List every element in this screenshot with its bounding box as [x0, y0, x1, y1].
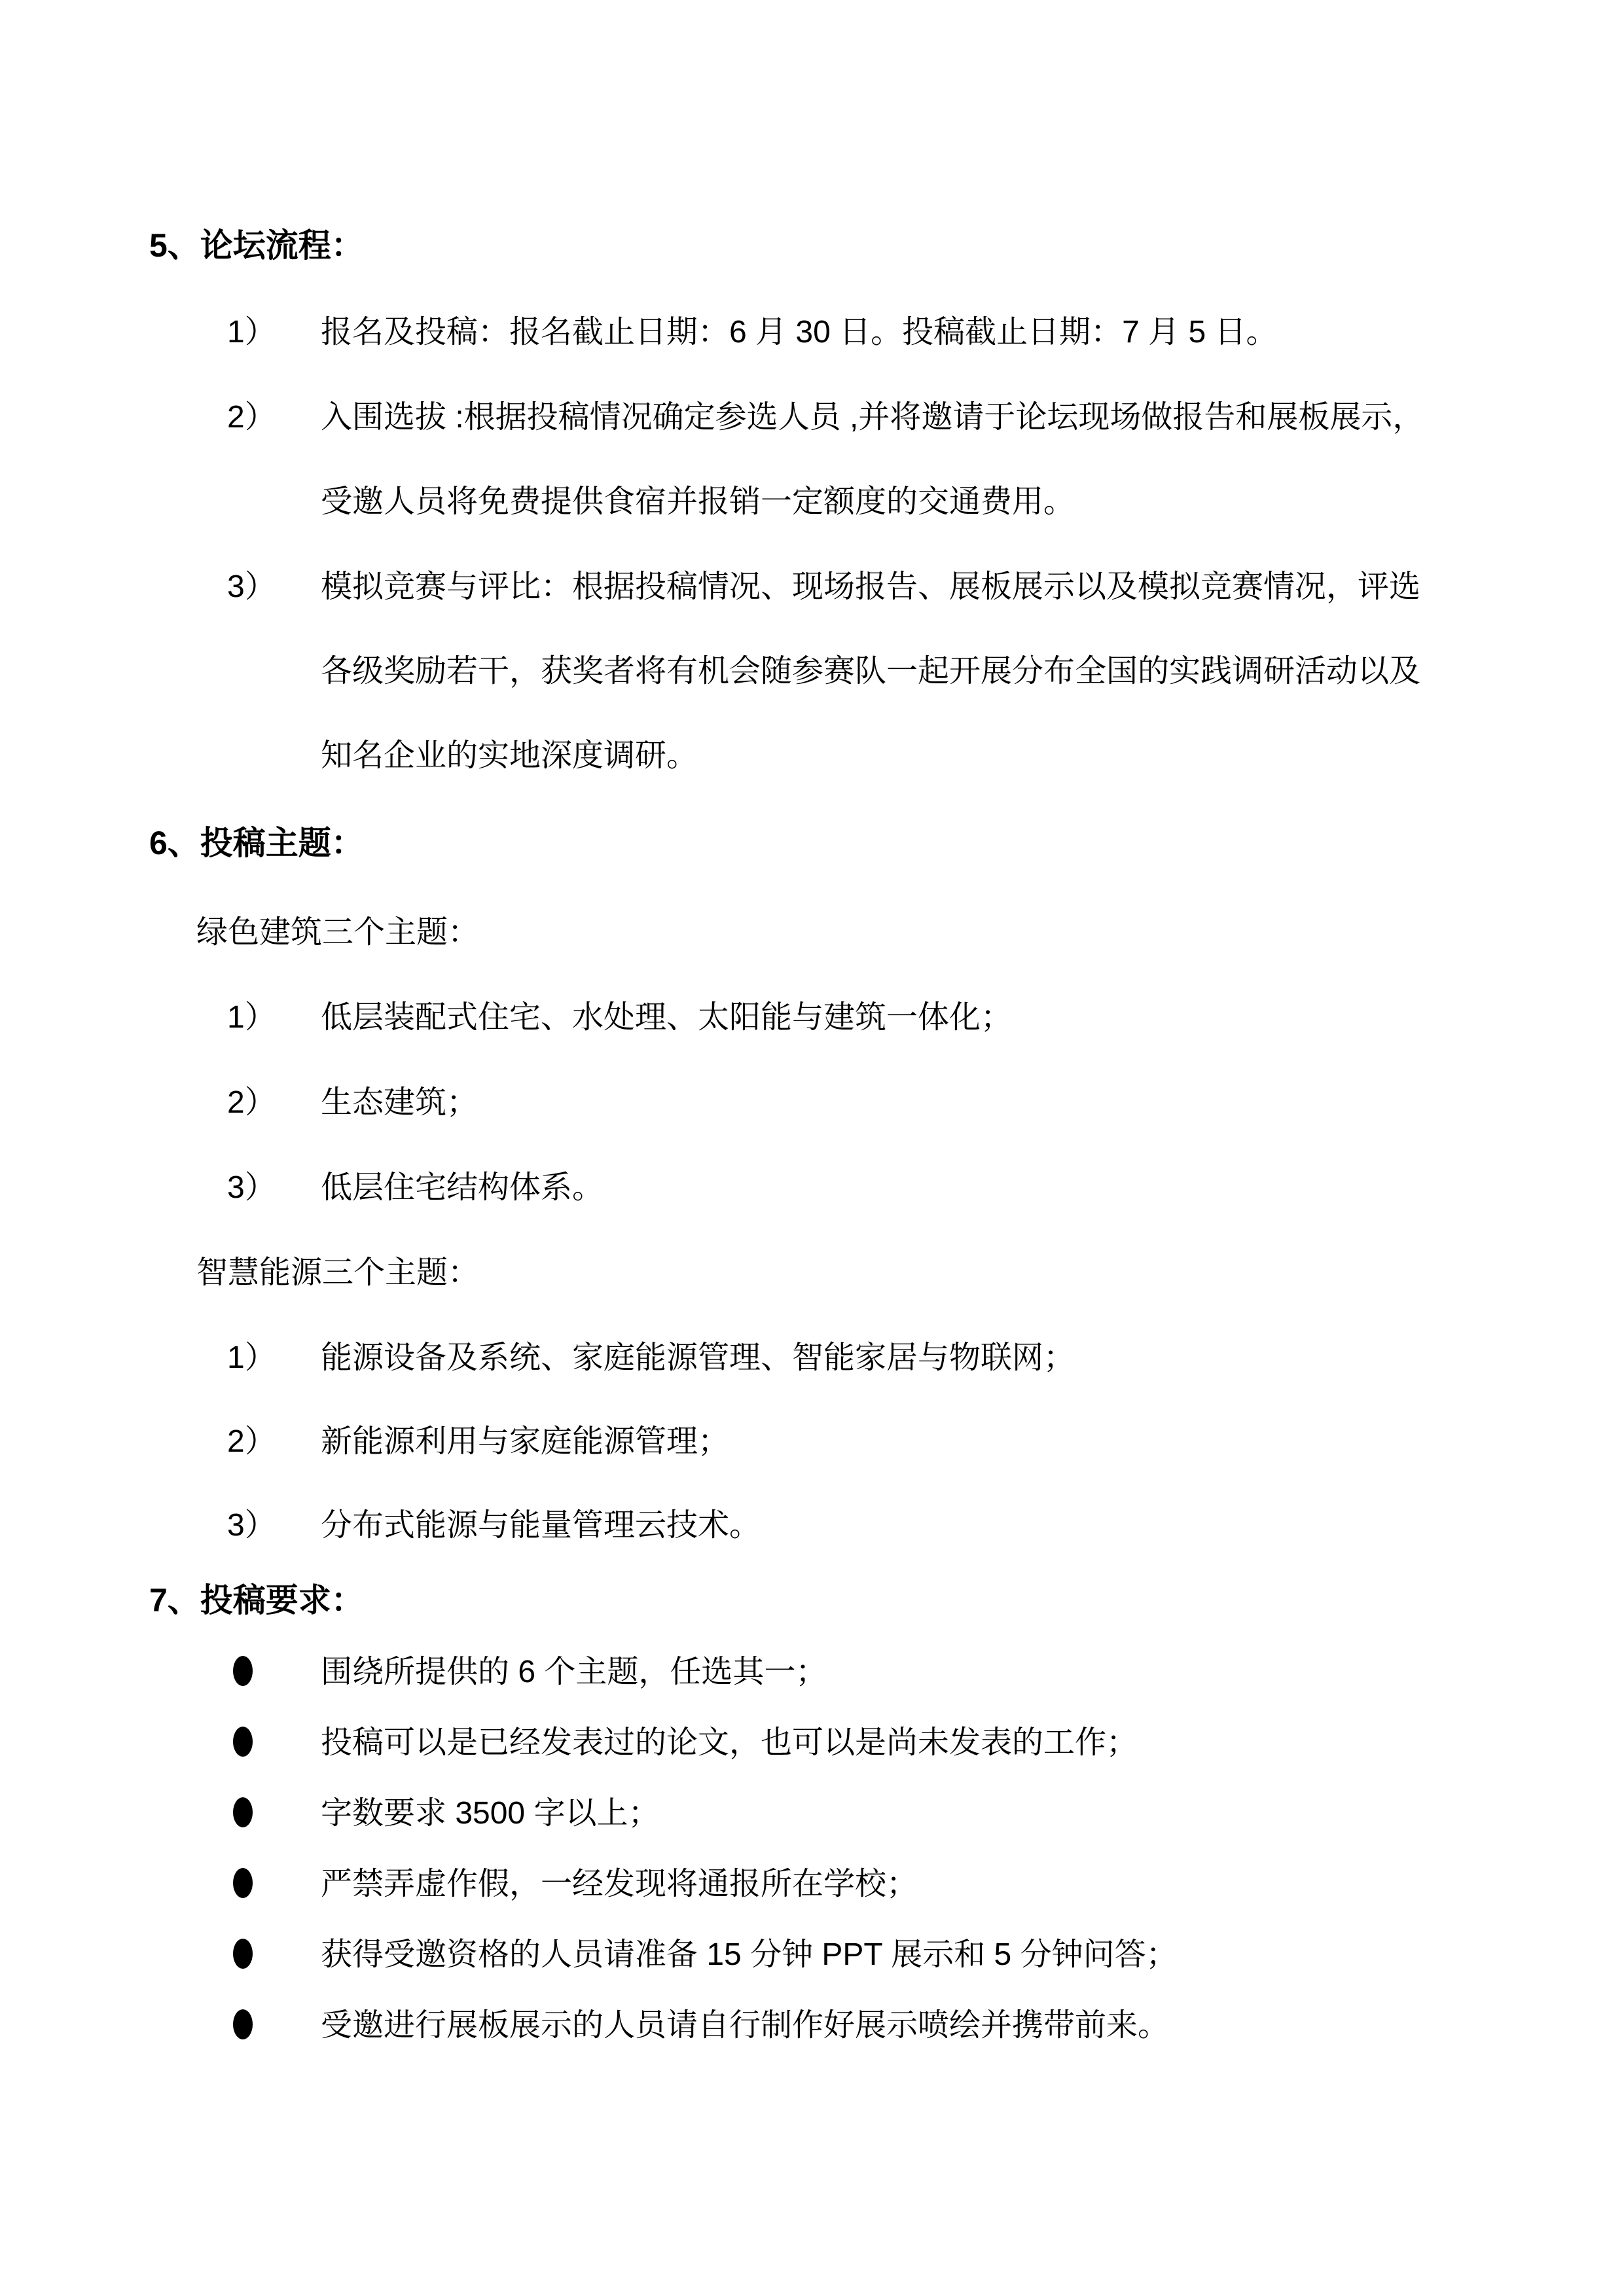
bullet-text: 受邀进行展板展示的人员请自行制作好展示喷绘并携带前来。	[321, 2008, 1169, 2043]
item-number: 3）	[227, 1499, 321, 1545]
item-number: 3）	[227, 561, 321, 606]
bullet-icon	[233, 1868, 253, 1898]
item-text: 入围选拔 :根据投稿情况确定参选人员 ,并将邀请于论坛现场做报告和展板展示，	[321, 400, 1424, 435]
bullet-item: 受邀进行展板展示的人员请自行制作好展示喷绘并携带前来。	[233, 2000, 1169, 2045]
numbered-item: 3）分布式能源与能量管理云技术。	[227, 1499, 761, 1545]
item-number: 2）	[227, 391, 321, 437]
bullet-text: 字数要求 3500 字以上；	[321, 1796, 659, 1831]
bullet-icon	[233, 1797, 253, 1827]
item-number: 1）	[227, 1332, 321, 1377]
item-text: 报名及投稿：报名截止日期：6 月 30 日。投稿截止日期：7 月 5 日。	[321, 315, 1278, 350]
item-text-continued: 知名企业的实地深度调研。	[321, 730, 698, 775]
document-page: 5、论坛流程： 1）报名及投稿：报名截止日期：6 月 30 日。投稿截止日期：7…	[0, 0, 1624, 2296]
item-number: 2）	[227, 1416, 321, 1461]
section-6-heading: 6、投稿主题：	[149, 817, 364, 864]
group-label-smart-energy: 智慧能源三个主题：	[196, 1247, 479, 1292]
item-number: 2）	[227, 1077, 321, 1122]
item-text-continued: 受邀人员将免费提供食宿并报销一定额度的交通费用。	[321, 476, 1075, 521]
numbered-item: 1）报名及投稿：报名截止日期：6 月 30 日。投稿截止日期：7 月 5 日。	[227, 306, 1278, 351]
item-text: 生态建筑；	[321, 1085, 478, 1120]
item-text: 模拟竞赛与评比：根据投稿情况、现场报告、展板展示以及模拟竞赛情况，评选	[321, 569, 1420, 604]
bullet-item: 获得受邀资格的人员请准备 15 分钟 PPT 展示和 5 分钟问答；	[233, 1929, 1178, 1974]
item-text: 能源设备及系统、家庭能源管理、智能家居与物联网；	[321, 1340, 1075, 1375]
item-number: 1）	[227, 992, 321, 1037]
bullet-icon	[233, 1727, 253, 1757]
bullet-text: 投稿可以是已经发表过的论文，也可以是尚未发表的工作；	[321, 1725, 1138, 1760]
numbered-item: 3）低层住宅结构体系。	[227, 1162, 604, 1207]
bullet-icon	[233, 2009, 253, 2039]
bullet-text: 获得受邀资格的人员请准备 15 分钟 PPT 展示和 5 分钟问答；	[321, 1937, 1178, 1972]
numbered-item: 2）生态建筑；	[227, 1077, 478, 1122]
section-7-heading: 7、投稿要求：	[149, 1574, 364, 1621]
item-number: 3）	[227, 1162, 321, 1207]
numbered-item: 2）入围选拔 :根据投稿情况确定参选人员 ,并将邀请于论坛现场做报告和展板展示，	[227, 391, 1424, 437]
bullet-item: 字数要求 3500 字以上；	[233, 1787, 659, 1833]
bullet-text: 严禁弄虚作假，一经发现将通报所在学校；	[321, 1867, 918, 1901]
item-text: 低层住宅结构体系。	[321, 1170, 604, 1205]
numbered-item: 3）模拟竞赛与评比：根据投稿情况、现场报告、展板展示以及模拟竞赛情况，评选	[227, 561, 1420, 606]
bullet-icon	[233, 1939, 253, 1969]
bullet-item: 围绕所提供的 6 个主题，任选其一；	[233, 1646, 827, 1691]
item-number: 1）	[227, 306, 321, 351]
item-text: 低层装配式住宅、水处理、太阳能与建筑一体化；	[321, 1000, 1012, 1035]
bullet-text: 围绕所提供的 6 个主题，任选其一；	[321, 1655, 827, 1689]
numbered-item: 1）能源设备及系统、家庭能源管理、智能家居与物联网；	[227, 1332, 1075, 1377]
item-text: 分布式能源与能量管理云技术。	[321, 1508, 761, 1543]
item-text-continued: 各级奖励若干，获奖者将有机会随参赛队一起开展分布全国的实践调研活动以及	[321, 645, 1420, 691]
section-5-heading: 5、论坛流程：	[149, 219, 364, 266]
bullet-icon	[233, 1656, 253, 1686]
bullet-item: 严禁弄虚作假，一经发现将通报所在学校；	[233, 1858, 918, 1903]
group-label-green-building: 绿色建筑三个主题：	[196, 906, 479, 952]
numbered-item: 1）低层装配式住宅、水处理、太阳能与建筑一体化；	[227, 992, 1012, 1037]
bullet-item: 投稿可以是已经发表过的论文，也可以是尚未发表的工作；	[233, 1717, 1138, 1762]
numbered-item: 2）新能源利用与家庭能源管理；	[227, 1416, 729, 1461]
item-text: 新能源利用与家庭能源管理；	[321, 1424, 729, 1459]
